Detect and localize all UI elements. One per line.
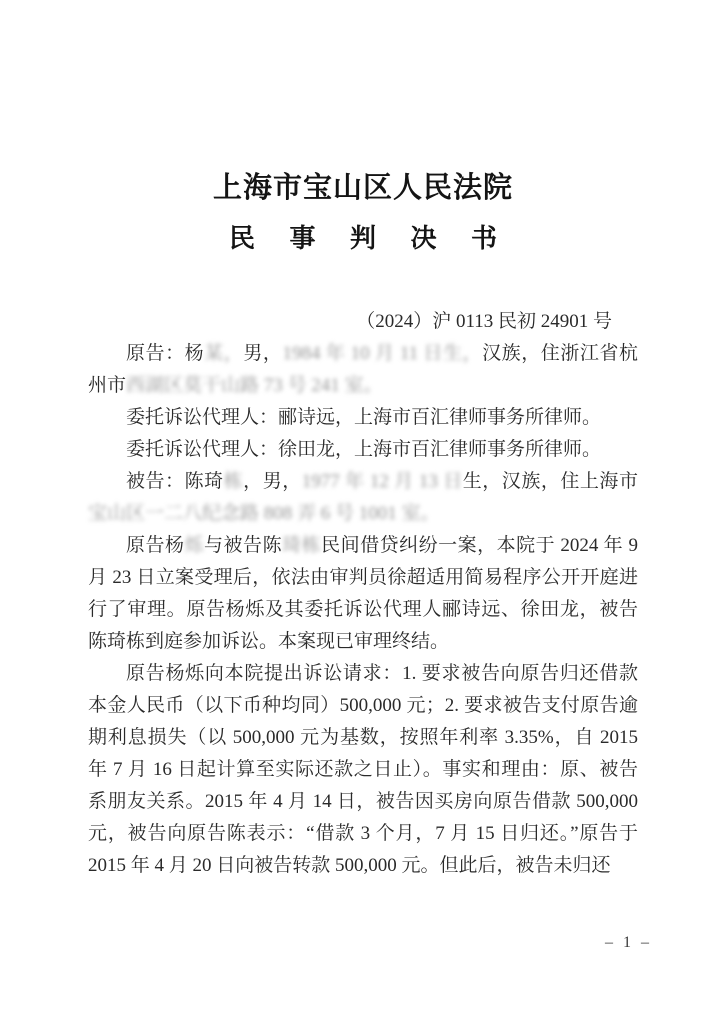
defendant-name-redacted: 栋 bbox=[224, 471, 244, 492]
plaintiff-gender: 男， bbox=[243, 343, 282, 364]
defendant-address-redacted: 宝山区一二八纪念路 808 弄 6 号 1001 室。 bbox=[88, 503, 440, 524]
procedure-paragraph: 原告杨烁与被告陈琦栋民间借贷纠纷一案，本院于 2024 年 9 月 23 日立案… bbox=[88, 530, 638, 658]
procedure-defendant-name-redacted: 琦栋 bbox=[282, 535, 321, 556]
agent-paragraph-1: 委托诉讼代理人：郦诗远，上海市百汇律师事务所律师。 bbox=[88, 402, 638, 434]
document-type-title: 民 事 判 决 书 bbox=[88, 222, 638, 256]
court-name: 上海市宝山区人民法院 bbox=[88, 170, 638, 206]
page-number: – 1 – bbox=[605, 934, 652, 952]
procedure-plaintiff-name-redacted: 烁 bbox=[185, 535, 205, 556]
defendant-ethnicity-residence: 生，汉族，住上海市 bbox=[463, 471, 638, 492]
plaintiff-paragraph: 原告：杨某，男，1984 年 10 月 11 日生，汉族，住浙江省杭州市西湖区莫… bbox=[88, 338, 638, 402]
plaintiff-birthdate-redacted: 1984 年 10 月 11 日生， bbox=[282, 343, 482, 364]
procedure-seg1: 原告杨 bbox=[126, 535, 185, 556]
plaintiff-intro: 原告：杨 bbox=[126, 343, 204, 364]
plaintiff-address-redacted: 西湖区莫干山路 73 号 241 室。 bbox=[126, 375, 383, 396]
agent-paragraph-2: 委托诉讼代理人：徐田龙，上海市百汇律师事务所律师。 bbox=[88, 434, 638, 466]
case-number: （2024）沪 0113 民初 24901 号 bbox=[88, 306, 638, 338]
defendant-paragraph: 被告：陈琦栋，男，1977 年 12 月 13 日生，汉族，住上海市宝山区一二八… bbox=[88, 466, 638, 530]
plaintiff-name-redacted: 某， bbox=[204, 343, 243, 364]
document-content: 上海市宝山区人民法院 民 事 判 决 书 （2024）沪 0113 民初 249… bbox=[88, 0, 638, 882]
defendant-intro: 被告：陈琦 bbox=[126, 471, 224, 492]
procedure-seg2: 与被告陈 bbox=[204, 535, 282, 556]
judgment-page: 上海市宝山区人民法院 民 事 判 决 书 （2024）沪 0113 民初 249… bbox=[0, 0, 724, 1024]
defendant-gender: ，男， bbox=[243, 471, 302, 492]
defendant-birthdate-redacted: 1977 年 12 月 13 日 bbox=[302, 471, 463, 492]
claims-paragraph: 原告杨烁向本院提出诉讼请求：1. 要求被告向原告归还借款本金人民币（以下币种均同… bbox=[88, 658, 638, 882]
